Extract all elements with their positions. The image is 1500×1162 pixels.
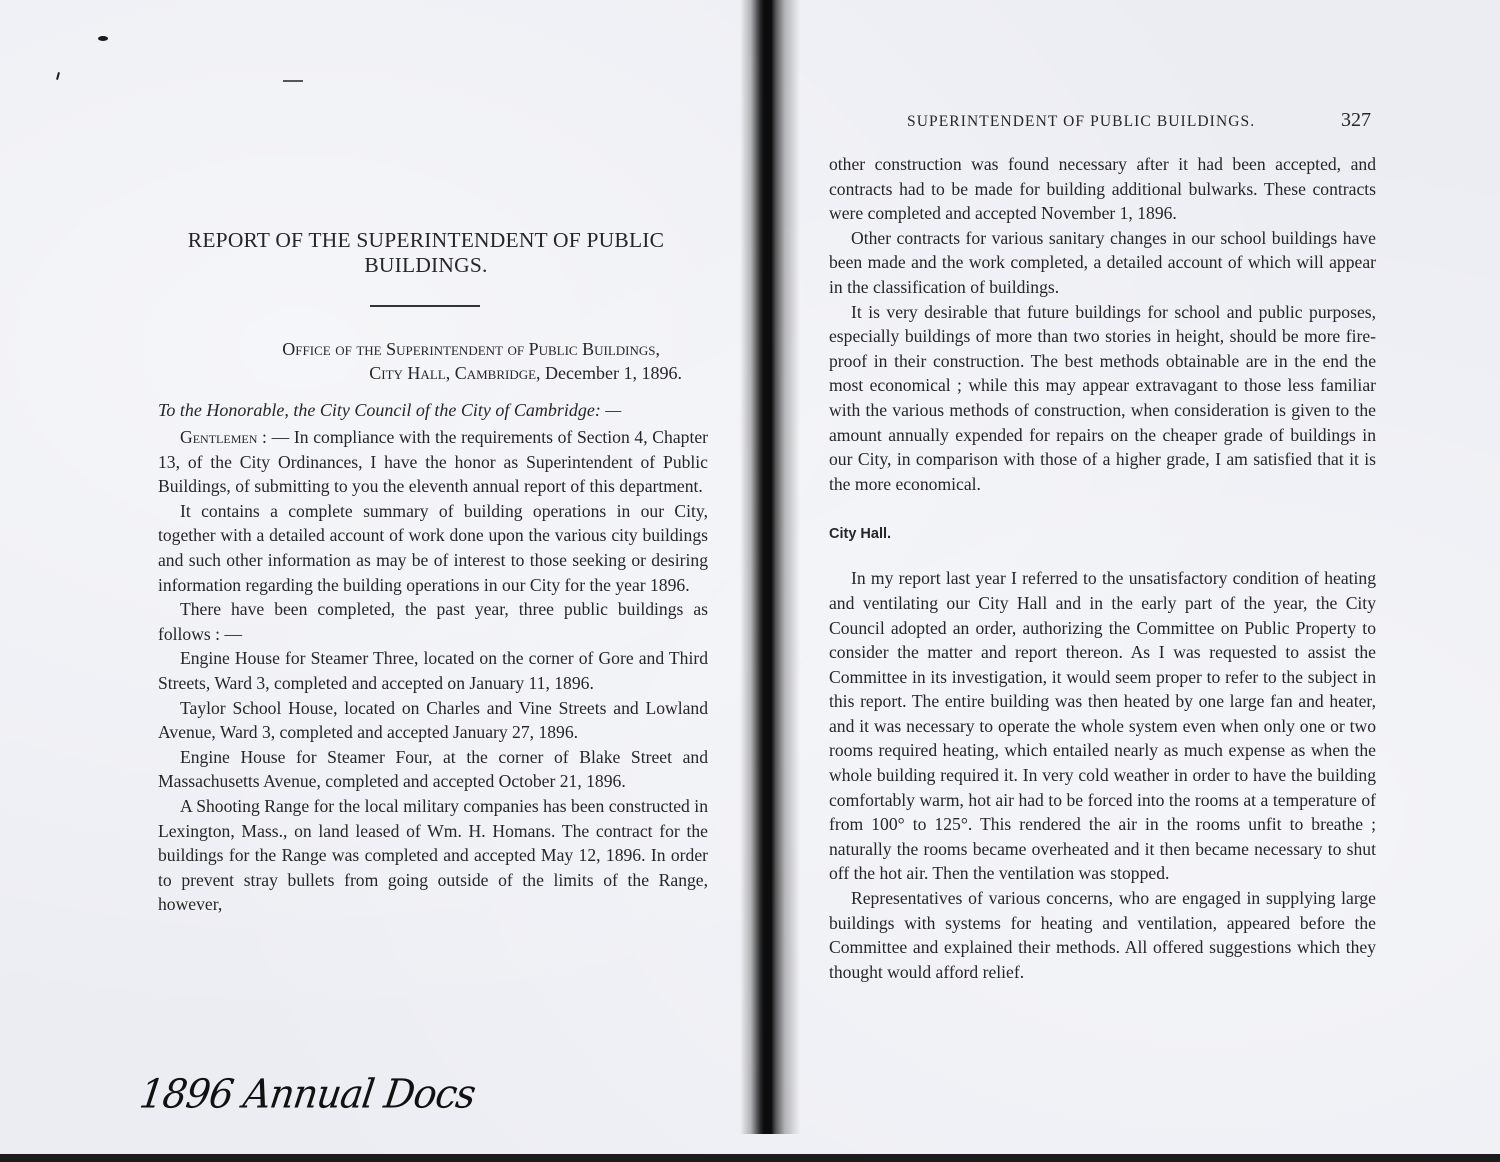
paragraph-lead: Gentlemen [180, 427, 257, 447]
paragraph: Other contracts for various sanitary cha… [829, 226, 1376, 300]
paragraph: Engine House for Steamer Three, located … [158, 646, 708, 695]
ink-speck [283, 80, 303, 82]
right-page-body: other construction was found necessary a… [829, 152, 1376, 984]
office-location: City Hall, Cambridge, [369, 363, 540, 383]
handwritten-note: 1896 Annual Docs [137, 1071, 478, 1117]
report-title-line-1: REPORT OF THE SUPERINTENDENT OF PUBLIC [158, 228, 694, 253]
office-line: Office of the Superintendent of Public B… [158, 337, 660, 361]
office-address-block: Office of the Superintendent of Public B… [158, 337, 682, 385]
ink-speck [98, 36, 108, 41]
report-title: REPORT OF THE SUPERINTENDENT OF PUBLIC B… [158, 228, 694, 278]
paragraph: There have been completed, the past year… [158, 597, 708, 646]
office-date-line: City Hall, Cambridge, December 1, 1896. [158, 361, 682, 385]
paragraph: other construction was found necessary a… [829, 152, 1376, 226]
paragraph: In my report last year I referred to the… [829, 566, 1376, 886]
book-binding-spine [740, 0, 800, 1134]
report-date: December 1, 1896. [541, 363, 682, 383]
title-divider-rule [370, 305, 480, 307]
salutation: To the Honorable, the City Council of th… [158, 398, 621, 422]
paragraph: Representatives of various concerns, who… [829, 886, 1376, 984]
paragraph: Gentlemen : — In compliance with the req… [158, 425, 708, 499]
paragraph: Engine House for Steamer Four, at the co… [158, 745, 708, 794]
paragraph: A Shooting Range for the local military … [158, 794, 708, 917]
paragraph: It is very desirable that future buildin… [829, 300, 1376, 497]
left-page-body: Gentlemen : — In compliance with the req… [158, 425, 708, 917]
page-number: 327 [1341, 106, 1371, 134]
section-heading-city-hall: City Hall. [829, 524, 1376, 544]
running-head: SUPERINTENDENT OF PUBLIC BUILDINGS. [907, 110, 1255, 134]
paragraph: It contains a complete summary of buildi… [158, 499, 708, 597]
scan-bottom-border [0, 1154, 1500, 1162]
paragraph: Taylor School House, located on Charles … [158, 696, 708, 745]
report-title-line-2: BUILDINGS. [158, 253, 694, 278]
